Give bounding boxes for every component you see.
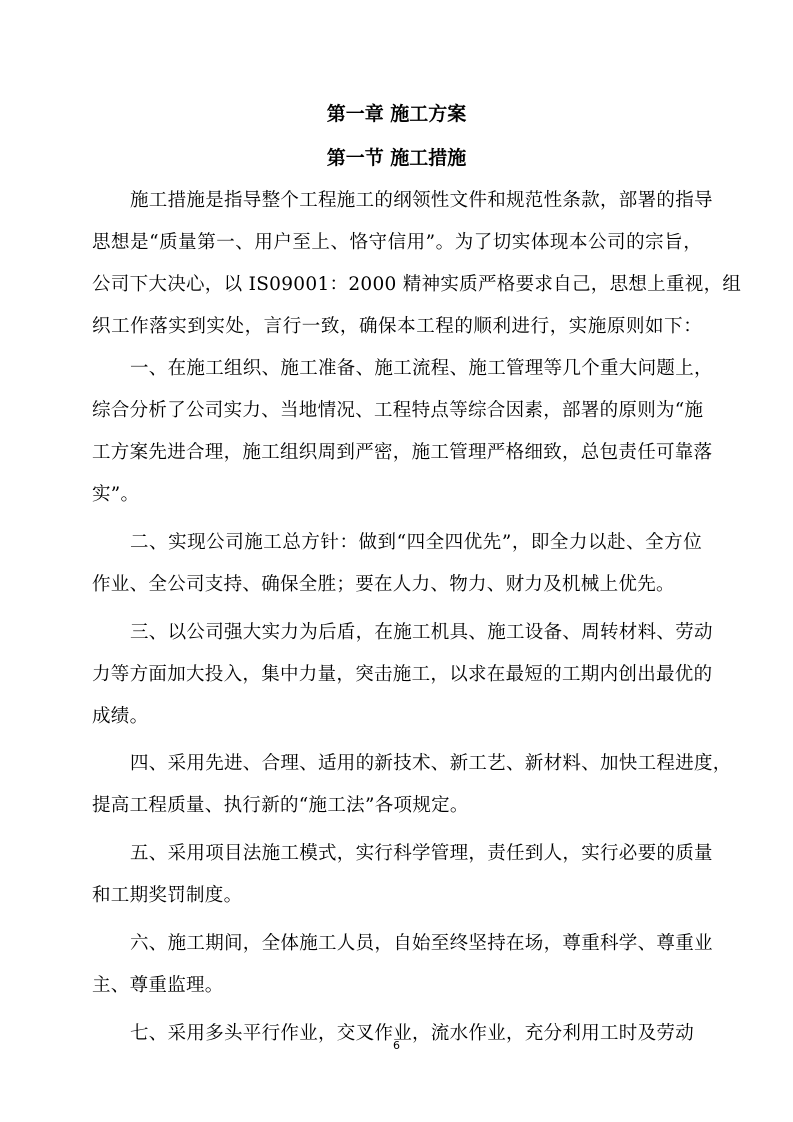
paragraph-intro-line-3: 公司下大决心，以 IS09001：2000 精神实质严格要求自己，思想上重视，组 bbox=[92, 273, 702, 297]
item-5-line-2: 和工期奖罚制度。 bbox=[92, 884, 702, 908]
page-number: 6 bbox=[0, 1039, 793, 1053]
chapter-title: 第一章 施工方案 bbox=[0, 102, 793, 126]
document-page: 第一章 施工方案 第一节 施工措施 施工措施是指导整个工程施工的纲领性文件和规范… bbox=[0, 0, 793, 1122]
paragraph-intro-line-2: 思想是“质量第一、用户至上、恪守信用”。为了切实体现本公司的宗旨， bbox=[92, 231, 702, 255]
item-1-line-4: 实”。 bbox=[92, 483, 702, 507]
item-3-line-1: 三、以公司强大实力为后盾，在施工机具、施工设备、周转材料、劳动 bbox=[130, 621, 702, 645]
item-6-line-2: 主、尊重监理。 bbox=[92, 974, 702, 998]
item-3-line-3: 成绩。 bbox=[92, 705, 702, 729]
item-1-line-2: 综合分析了公司实力、当地情况、工程特点等综合因素，部署的原则为“施 bbox=[92, 399, 702, 423]
paragraph-intro-line-1: 施工措施是指导整个工程施工的纲领性文件和规范性条款，部署的指导 bbox=[130, 189, 702, 213]
item-2-line-2: 作业、全公司支持、确保全胜；要在人力、物力、财力及机械上优先。 bbox=[92, 573, 702, 597]
item-2-line-1: 二、实现公司施工总方针：做到“四全四优先”，即全力以赴、全方位 bbox=[130, 531, 702, 555]
item-6-line-1: 六、施工期间，全体施工人员，自始至终坚持在场，尊重科学、尊重业 bbox=[130, 932, 702, 956]
item-4-line-1: 四、采用先进、合理、适用的新技术、新工艺、新材料、加快工程进度， bbox=[130, 752, 702, 776]
item-4-line-2: 提高工程质量、执行新的“施工法”各项规定。 bbox=[92, 794, 702, 818]
item-5-line-1: 五、采用项目法施工模式，实行科学管理，责任到人，实行必要的质量 bbox=[130, 842, 702, 866]
item-1-line-1: 一、在施工组织、施工准备、施工流程、施工管理等几个重大问题上， bbox=[130, 357, 702, 381]
paragraph-intro-line-4: 织工作落实到实处，言行一致，确保本工程的顺利进行，实施原则如下： bbox=[92, 315, 702, 339]
item-1-line-3: 工方案先进合理，施工组织周到严密，施工管理严格细致，总包责任可靠落 bbox=[92, 441, 702, 465]
item-3-line-2: 力等方面加大投入，集中力量，突击施工，以求在最短的工期内创出最优的 bbox=[92, 663, 702, 687]
section-title: 第一节 施工措施 bbox=[0, 146, 793, 170]
